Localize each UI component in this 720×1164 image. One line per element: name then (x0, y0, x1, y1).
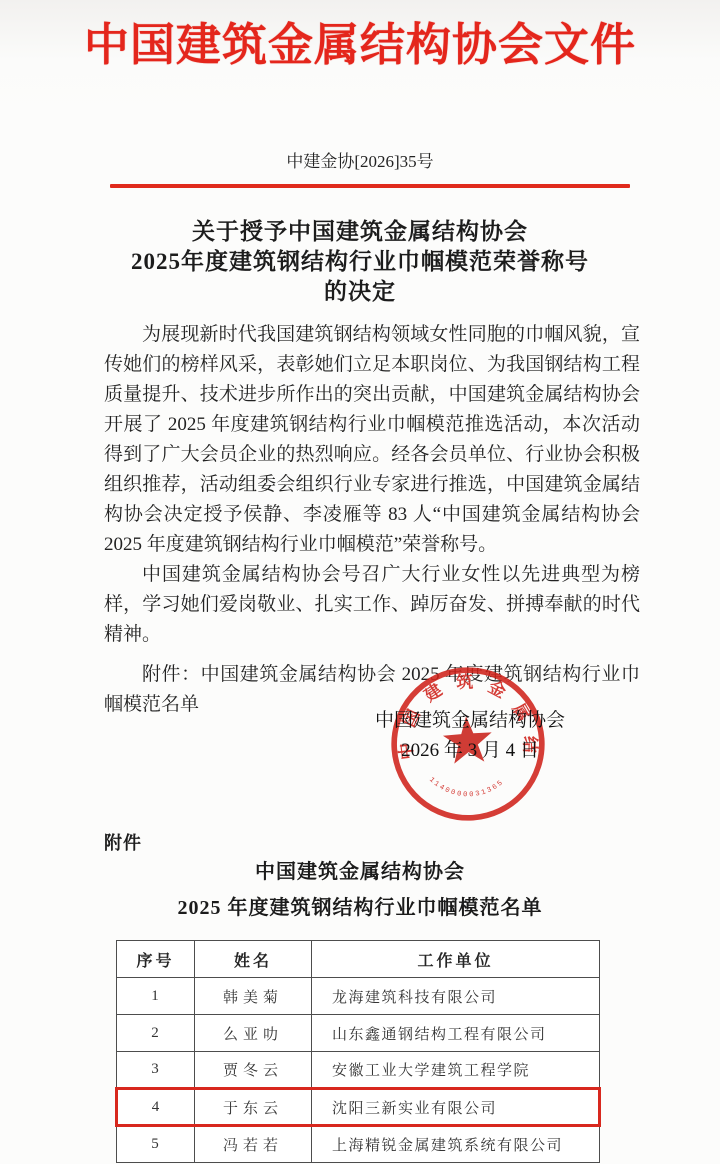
table-row: 3贾冬云安徽工业大学建筑工程学院 (117, 1052, 600, 1089)
header-cell-no: 序号 (117, 941, 195, 978)
decision-title-line-1: 关于授予中国建筑金属结构协会 (40, 217, 680, 247)
cell-no: 1 (117, 978, 195, 1015)
cell-name: 韩美菊 (195, 978, 312, 1015)
table-row: 1韩美菊龙海建筑科技有限公司 (117, 978, 600, 1015)
cell-name: 冯若若 (195, 1126, 312, 1163)
document-number: 中建金协[2026]35号 (0, 150, 720, 174)
signature-block: 中国建筑金属结构协会 2026 年 3 月 4 日 (330, 706, 610, 766)
cell-org: 龙海建筑科技有限公司 (312, 978, 600, 1015)
decision-body: 为展现新时代我国建筑钢结构领域女性同胞的巾帼风貌，宣传她们的榜样风采，表彰她们立… (104, 320, 640, 720)
red-divider-line (110, 184, 630, 188)
table-row: 5冯若若上海精锐金属建筑系统有限公司 (117, 1126, 600, 1163)
decision-title-line-2: 2025年度建筑钢结构行业巾帼模范荣誉称号 (40, 247, 680, 277)
attachment-label: 附件 (104, 830, 142, 856)
cell-no: 4 (117, 1089, 195, 1126)
cell-org: 山东鑫通钢结构工程有限公司 (312, 1015, 600, 1052)
roster-title: 中国建筑金属结构协会 2025 年度建筑钢结构行业巾帼模范名单 (0, 854, 720, 926)
svg-text:1140000031365: 1140000031365 (427, 771, 507, 802)
cell-org: 上海精锐金属建筑系统有限公司 (312, 1126, 600, 1163)
document-page: 中国建筑金属结构协会文件 中建金协[2026]35号 关于授予中国建筑金属结构协… (0, 0, 720, 1164)
seal-code: 1140000031365 (427, 771, 507, 802)
cell-no: 5 (117, 1126, 195, 1163)
table-row-highlighted: 4于东云沈阳三新实业有限公司 (117, 1089, 600, 1126)
table-header-row: 序号 姓名 工作单位 (117, 941, 600, 978)
cell-no: 3 (117, 1052, 195, 1089)
header-cell-org: 工作单位 (312, 941, 600, 978)
header-cell-name: 姓名 (195, 941, 312, 978)
decision-title: 关于授予中国建筑金属结构协会 2025年度建筑钢结构行业巾帼模范荣誉称号 的决定 (40, 217, 680, 307)
table-row: 2么亚叻山东鑫通钢结构工程有限公司 (117, 1015, 600, 1052)
signature-date: 2026 年 3 月 4 日 (330, 736, 610, 766)
decision-title-line-3: 的决定 (40, 277, 680, 307)
roster-title-line-1: 中国建筑金属结构协会 (0, 854, 720, 890)
document-header-title: 中国建筑金属结构协会文件 (0, 12, 720, 78)
body-paragraph-1: 为展现新时代我国建筑钢结构领域女性同胞的巾帼风貌，宣传她们的榜样风采，表彰她们立… (104, 320, 640, 560)
signature-org: 中国建筑金属结构协会 (330, 706, 610, 736)
body-paragraph-2: 中国建筑金属结构协会号召广大行业女性以先进典型为榜样，学习她们爱岗敬业、扎实工作… (104, 560, 640, 650)
cell-no: 2 (117, 1015, 195, 1052)
cell-name: 于东云 (195, 1089, 312, 1126)
honor-roll-table: 序号 姓名 工作单位 1韩美菊龙海建筑科技有限公司2么亚叻山东鑫通钢结构工程有限… (115, 940, 601, 1163)
cell-org: 安徽工业大学建筑工程学院 (312, 1052, 600, 1089)
cell-name: 贾冬云 (195, 1052, 312, 1089)
roster-title-line-2: 2025 年度建筑钢结构行业巾帼模范名单 (0, 890, 720, 926)
cell-name: 么亚叻 (195, 1015, 312, 1052)
cell-org: 沈阳三新实业有限公司 (312, 1089, 600, 1126)
